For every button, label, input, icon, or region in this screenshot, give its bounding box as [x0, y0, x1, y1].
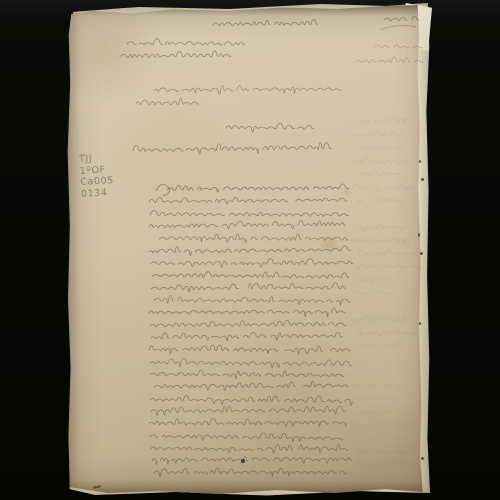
- edge-speck: [421, 457, 424, 460]
- edge-speck: [421, 178, 424, 181]
- edge-speck: [419, 322, 421, 325]
- photo-background: TJJ 1ºOF Ca005 0134: [0, 0, 500, 500]
- edge-speck: [418, 233, 420, 237]
- edge-speck: [419, 160, 421, 163]
- manuscript-page: [64, 5, 430, 495]
- ink-blot: [241, 459, 245, 463]
- archival-note-line: 0134: [81, 187, 115, 200]
- edge-speck: [420, 252, 423, 255]
- archival-pencil-note: TJJ 1ºOF Ca005 0134: [79, 152, 115, 200]
- archival-note-line: Ca005: [80, 175, 114, 188]
